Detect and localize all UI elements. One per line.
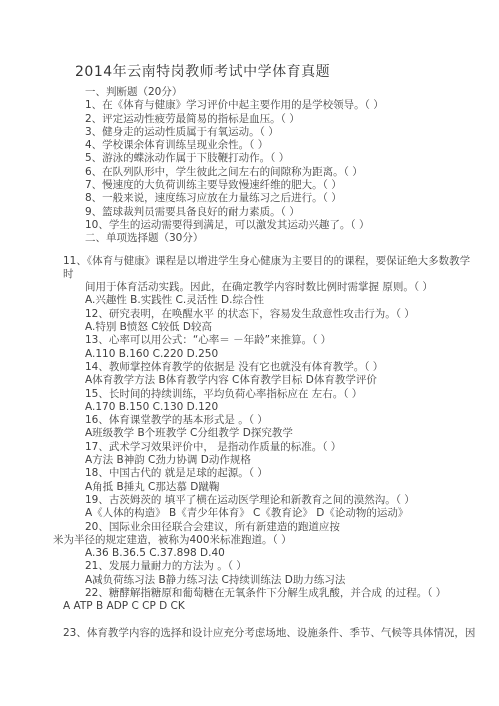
continuation-line: 米为半径的规定建造，被称为400米标准跑道。（ ） bbox=[53, 534, 499, 547]
question-line: 1、在《体育与健康》学习评价中起主要作用的是学校领导。（ ） bbox=[85, 99, 499, 112]
question-line: 23、体育教学内容的选择和设计应充分考虑场地、设施条件、季节、气候等具体情况，因 bbox=[63, 627, 499, 640]
question-line: 22、糖酵解指糖原和葡萄糖在无氧条件下分解生成乳酸，并合成 的过程。（ ） bbox=[85, 587, 499, 600]
question-line: 14、教师掌控体育教学的依据是 没有它也就没有体育教学。（ ） bbox=[85, 361, 499, 374]
question-line: 7、慢速度的大负荷训练主要导致慢速纤维的肥大。（ ） bbox=[85, 179, 499, 192]
question-line: 16、体育课堂教学的基本形式是 。（ ） bbox=[85, 414, 499, 427]
question-line: 4、学校课余体育训练呈现业余性。（ ） bbox=[85, 139, 499, 152]
options-line: A.110 B.160 C.220 D.250 bbox=[85, 348, 499, 361]
question-line: 17、武术学习效果评价中， 是指动作质量的标准。（ ） bbox=[85, 441, 499, 454]
options-line: A.36 B.36.5 C.37.898 D.40 bbox=[85, 547, 499, 560]
document-body: 一、判断题（20分）1、在《体育与健康》学习评价中起主要作用的是学校领导。（ ）… bbox=[0, 86, 499, 640]
options-line: A《人体的构造》 B《青少年体育》 C《教育论》 D《论动物的运动》 bbox=[85, 507, 499, 520]
question-line: 9、篮球裁判员需要具备良好的耐力素质。（ ） bbox=[85, 206, 499, 219]
options-line: A ATP B ADP C CP D CK bbox=[63, 600, 499, 613]
question-line: 12、研究表明，在唤醒水平 的状态下，容易发生敌意性攻击行为。（ ） bbox=[85, 308, 499, 321]
section-heading: 二、单项选择题（30分） bbox=[85, 232, 499, 245]
question-line: 3、健身走的运动性质属于有氧运动。（ ） bbox=[85, 126, 499, 139]
question-line: 2、评定运动性疲劳最简易的指标是血压。（ ） bbox=[85, 113, 499, 126]
question-line: 19、古茨姆茨的 填平了横在运动医学理论和新教育之间的漠然沟。（ ） bbox=[85, 494, 499, 507]
options-line: A.兴趣性 B.实践性 C.灵活性 D.综合性 bbox=[85, 294, 499, 307]
question-line: 21、发展力量耐力的方法为 。（ ） bbox=[85, 560, 499, 573]
options-line: A方法 B神韵 C劲力协调 D动作规格 bbox=[85, 454, 499, 467]
options-line: A班级教学 B个班教学 C分组教学 D探究教学 bbox=[85, 427, 499, 440]
page-title: 2014年云南特岗教师考试中学体育真题 bbox=[75, 64, 330, 81]
continuation-line: 时 bbox=[63, 268, 499, 281]
question-line: 8、一般来说，速度练习应放在力量练习之后进行。（ ） bbox=[85, 192, 499, 205]
continuation-line: 间用于体育活动实践。因此，在确定教学内容时数比例时需掌握 原则。（ ） bbox=[85, 281, 499, 294]
options-line: A.170 B.150 C.130 D.120 bbox=[85, 401, 499, 414]
options-line: A减负荷练习法 B静力练习法 C持续训练法 D助力练习法 bbox=[85, 574, 499, 587]
question-line: 6、在队列队形中，学生彼此之间左右的间隙称为距离。（ ） bbox=[85, 166, 499, 179]
section-heading: 一、判断题（20分） bbox=[85, 86, 499, 99]
options-line: A体育教学方法 B体育教学内容 C体育教学目标 D体育教学评价 bbox=[85, 374, 499, 387]
exam-document-page: 2014年云南特岗教师考试中学体育真题 一、判断题（20分）1、在《体育与健康》… bbox=[0, 0, 499, 706]
question-line: 15、长时间的持续训练，平均负荷心率指标应在 左右。（ ） bbox=[85, 388, 499, 401]
question-line: 5、游泳的蝶泳动作属于下肢鞭打动作。（ ） bbox=[85, 152, 499, 165]
options-line: A角抵 B捶丸 C那达慕 D蹴鞠 bbox=[85, 481, 499, 494]
question-line: 10、学生的运动需要得到满足，可以激发其运动兴趣了。（ ） bbox=[85, 219, 499, 232]
question-line: 11、《体育与健康》课程是以增进学生身心健康为主要目的的课程，要保证绝大多数教学 bbox=[63, 255, 499, 268]
question-line: 18、中国古代的 就是足球的起源。（ ） bbox=[85, 467, 499, 480]
options-line: A.特别 B愤怒 C较低 D较高 bbox=[85, 321, 499, 334]
question-line: 13、心率可以用公式：“心率＝ －年龄”来推算。（ ） bbox=[85, 334, 499, 347]
question-line: 20、国际业余田径联合会建议，所有新建造的跑道应按 bbox=[85, 521, 499, 534]
